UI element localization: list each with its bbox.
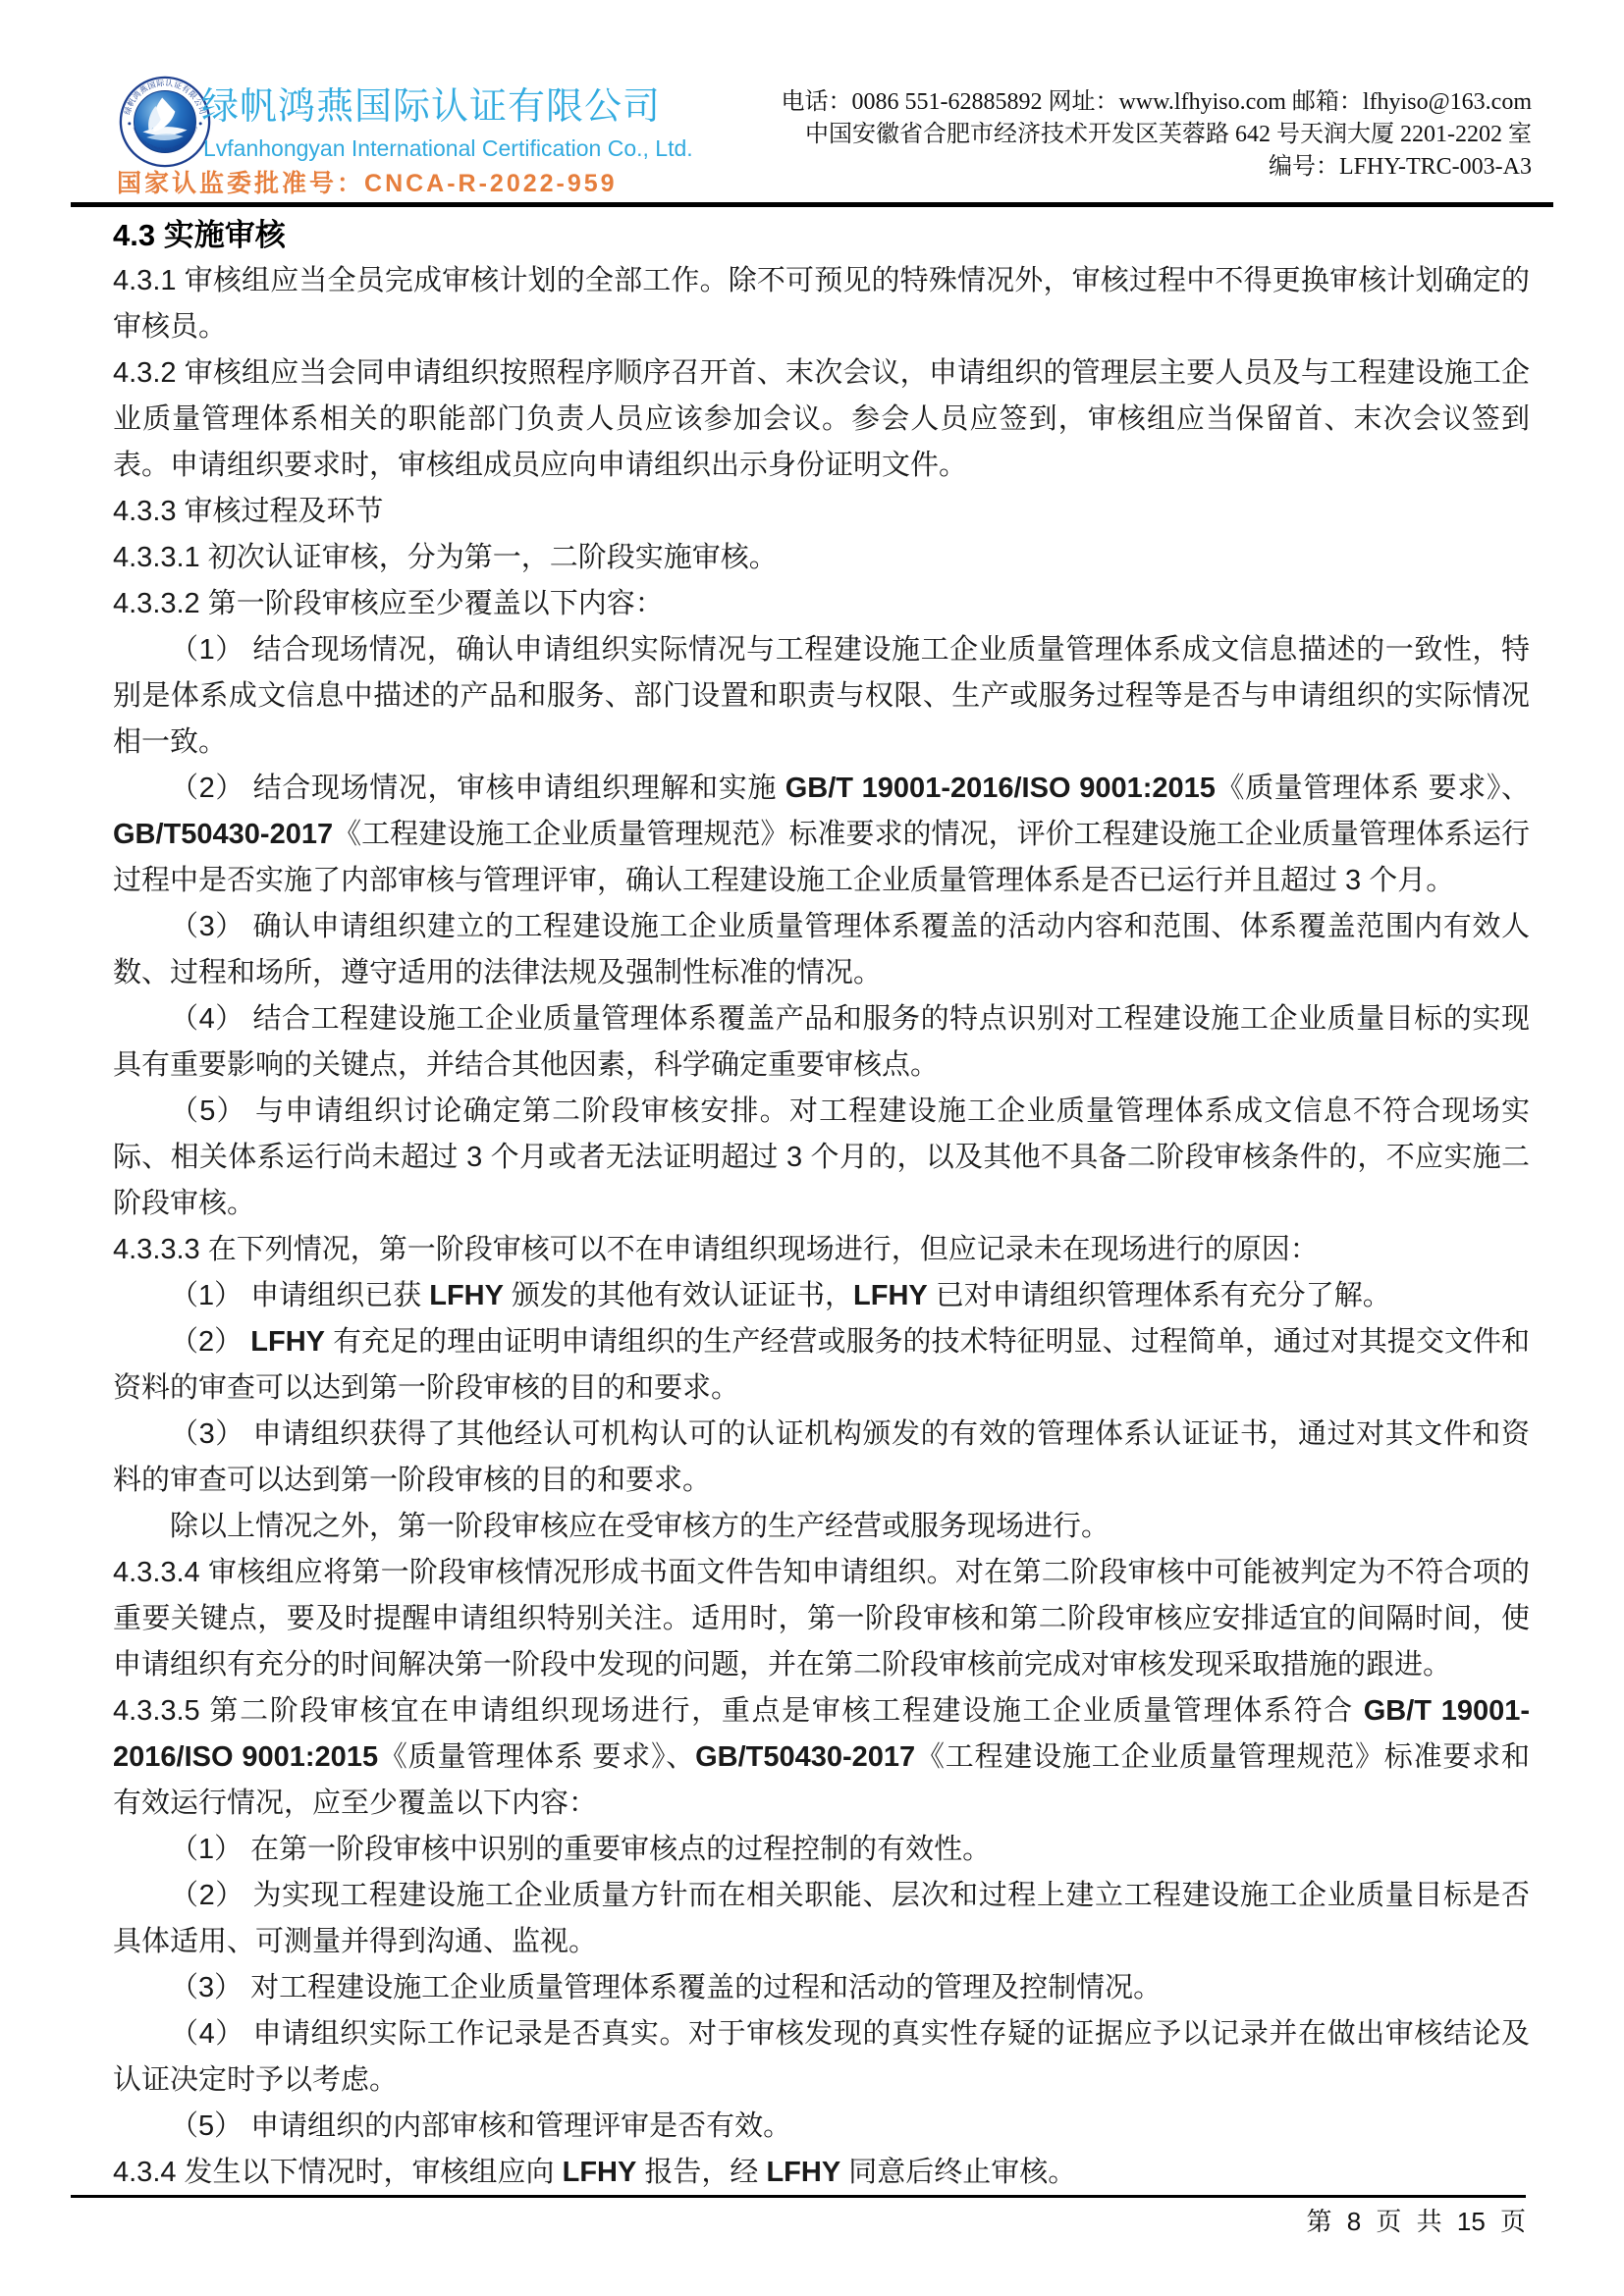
company-logo-icon: 绿帆鸿燕国际认证有限公司 LVFANHONGYAN INTERNATIONAL … [119,76,211,168]
latin-run: LFHY [853,1280,928,1311]
approval-number: CNCA-R-2022-959 [364,170,618,197]
paragraph: （2） 为实现工程建设施工企业质量方针而在相关职能、层次和过程上建立工程建设施工… [113,1873,1530,1965]
latin-run: GB/T50430-2017 [695,1741,915,1773]
contact-line: 电话：0086 551-62885892 网址：www.lfhyiso.com … [781,86,1532,119]
paragraph: （1） 申请组织已获 LFHY 颁发的其他有效认证证书，LFHY 已对申请组织管… [113,1273,1530,1319]
paragraph: （5） 申请组织的内部审核和管理评审是否有效。 [113,2104,1530,2150]
logo-ring-dot-left [128,122,131,125]
paragraph: （2） LFHY 有充足的理由证明申请组织的生产经营或服务的技术特征明显、过程简… [113,1319,1530,1412]
paragraph: 4.3.2 审核组应当会同申请组织按照程序顺序召开首、末次会议，申请组织的管理层… [113,350,1530,489]
paragraph: （2） 结合现场情况，审核申请组织理解和实施 GB/T 19001-2016/I… [113,766,1530,904]
company-name-cn: 绿帆鸿燕国际认证有限公司 [201,84,661,130]
paragraph: 4.3.3.3 在下列情况，第一阶段审核可以不在申请组织现场进行，但应记录未在现… [113,1227,1530,1273]
paragraph: （4） 申请组织实际工作记录是否真实。对于审核发现的真实性存疑的证据应予以记录并… [113,2011,1530,2104]
latin-run: LFHY [563,2157,637,2188]
latin-run: LFHY [429,1280,504,1311]
paragraph: 4.3.1 审核组应当全员完成审核计划的全部工作。除不可预见的特殊情况外，审核过… [113,258,1530,350]
latin-run: GB/T 19001-2016/ISO 9001:2015 [785,773,1216,804]
address-line: 中国安徽省合肥市经济技术开发区芙蓉路 642 号天润大厦 2201-2202 室 [781,119,1532,151]
paragraph: （3） 对工程建设施工企业质量管理体系覆盖的过程和活动的管理及控制情况。 [113,1965,1530,2011]
paragraph: 4.3.3 审核过程及环节 [113,489,1530,535]
paragraph: （4） 结合工程建设施工企业质量管理体系覆盖产品和服务的特点识别对工程建设施工企… [113,996,1530,1089]
doc-number-line: 编号：LFHY-TRC-003-A3 [781,151,1532,184]
header-contact-block: 电话：0086 551-62885892 网址：www.lfhyiso.com … [781,86,1532,184]
approval-number-line: 国家认监委批准号：CNCA-R-2022-959 [117,164,618,199]
document-body: 4.3 实施审核 4.3.1 审核组应当全员完成审核计划的全部工作。除不可预见的… [113,213,1530,2196]
document-page: 绿帆鸿燕国际认证有限公司 LVFANHONGYAN INTERNATIONAL … [0,0,1624,2296]
latin-run: LFHY [766,2157,840,2188]
paragraph: 4.3.3.5 第二阶段审核宜在申请组织现场进行，重点是审核工程建设施工企业质量… [113,1688,1530,1827]
header-divider [71,202,1553,207]
section-heading: 4.3 实施审核 [113,213,1530,258]
paragraphs-list: 4.3.1 审核组应当全员完成审核计划的全部工作。除不可预见的特殊情况外，审核过… [113,258,1530,2196]
paragraph: 4.3.3.4 审核组应将第一阶段审核情况形成书面文件告知申请组织。对在第二阶段… [113,1550,1530,1688]
paragraph: 4.3.3.1 初次认证审核，分为第一，二阶段实施审核。 [113,535,1530,581]
paragraph: （1） 结合现场情况，确认申请组织实际情况与工程建设施工企业质量管理体系成文信息… [113,627,1530,766]
paragraph: （1） 在第一阶段审核中识别的重要审核点的过程控制的有效性。 [113,1827,1530,1873]
latin-run: GB/T50430-2017 [113,819,333,850]
paragraph: 4.3.3.2 第一阶段审核应至少覆盖以下内容： [113,581,1530,627]
footer-divider [71,2195,1526,2198]
page-number: 第 8 页 共 15 页 [1307,2205,1527,2238]
paragraph: （3） 确认申请组织建立的工程建设施工企业质量管理体系覆盖的活动内容和范围、体系… [113,904,1530,996]
latin-run: LFHY [250,1326,325,1358]
approval-label: 国家认监委批准号： [117,170,364,197]
paragraph: 4.3.4 发生以下情况时，审核组应向 LFHY 报告，经 LFHY 同意后终止… [113,2150,1530,2196]
paragraph: （5） 与申请组织讨论确定第二阶段审核安排。对工程建设施工企业质量管理体系成文信… [113,1089,1530,1227]
company-name-en: Lvfanhongyan International Certification… [203,135,693,162]
paragraph: （3） 申请组织获得了其他经认可机构认可的认证机构颁发的有效的管理体系认证证书，… [113,1412,1530,1504]
paragraph: 除以上情况之外，第一阶段审核应在受审核方的生产经营或服务现场进行。 [113,1504,1530,1550]
